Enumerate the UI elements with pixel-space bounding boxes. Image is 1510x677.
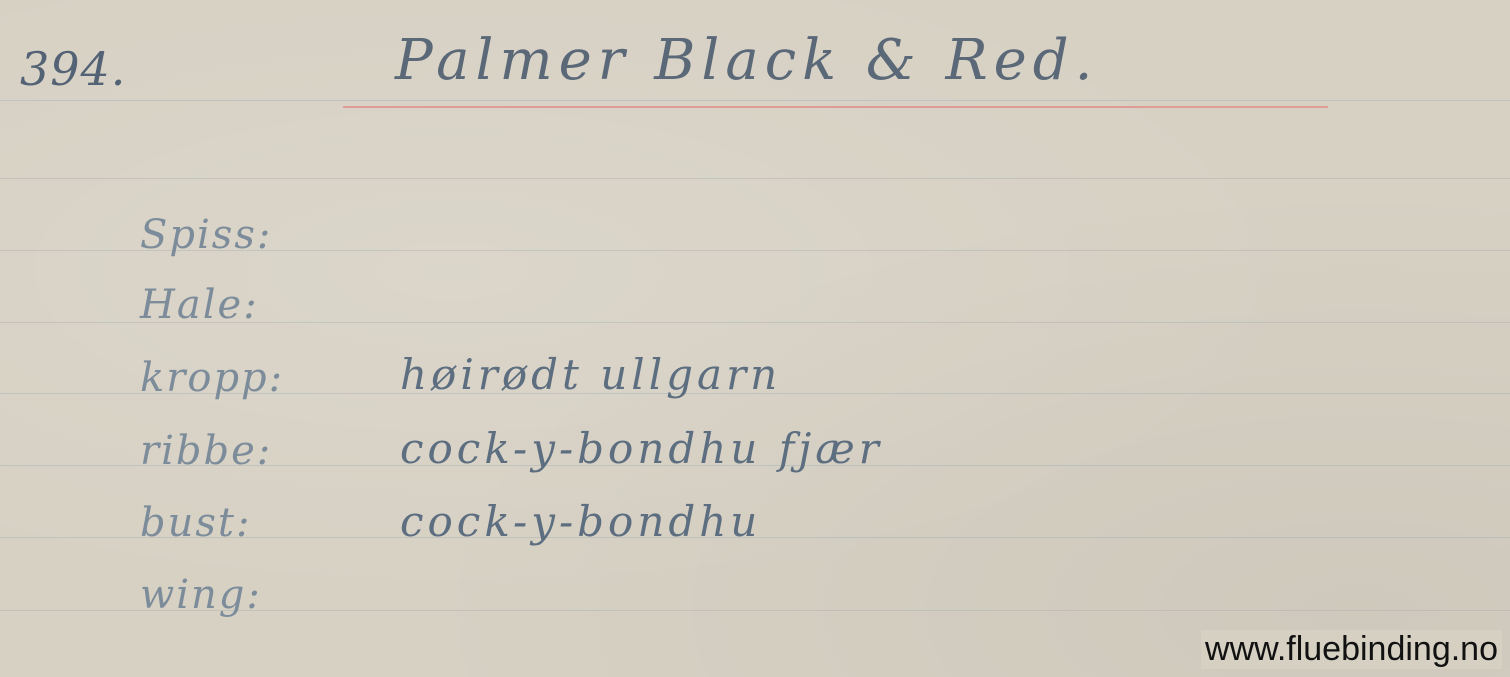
title-underline bbox=[343, 106, 1328, 108]
notebook-page: 394. Palmer Black & Red. Spiss: Hale: kr… bbox=[0, 0, 1510, 677]
field-label-hale: Hale: bbox=[140, 282, 259, 328]
field-value-kropp: høirødt ullgarn bbox=[400, 350, 781, 399]
entry-number: 394. bbox=[20, 42, 126, 96]
field-label-wing: wing: bbox=[140, 572, 262, 618]
field-value-ribbe: cock-y-bondhu fjær bbox=[400, 424, 883, 473]
ruled-line bbox=[0, 100, 1510, 101]
field-label-kropp: kropp: bbox=[140, 355, 284, 401]
field-label-spiss: Spiss: bbox=[140, 212, 272, 258]
field-label-bust: bust: bbox=[140, 500, 251, 546]
field-value-bust: cock-y-bondhu bbox=[400, 497, 761, 546]
fly-title: Palmer Black & Red. bbox=[395, 28, 1098, 93]
field-label-ribbe: ribbe: bbox=[140, 428, 272, 474]
ruled-line bbox=[0, 178, 1510, 179]
website-watermark: www.fluebinding.no bbox=[1201, 630, 1502, 669]
